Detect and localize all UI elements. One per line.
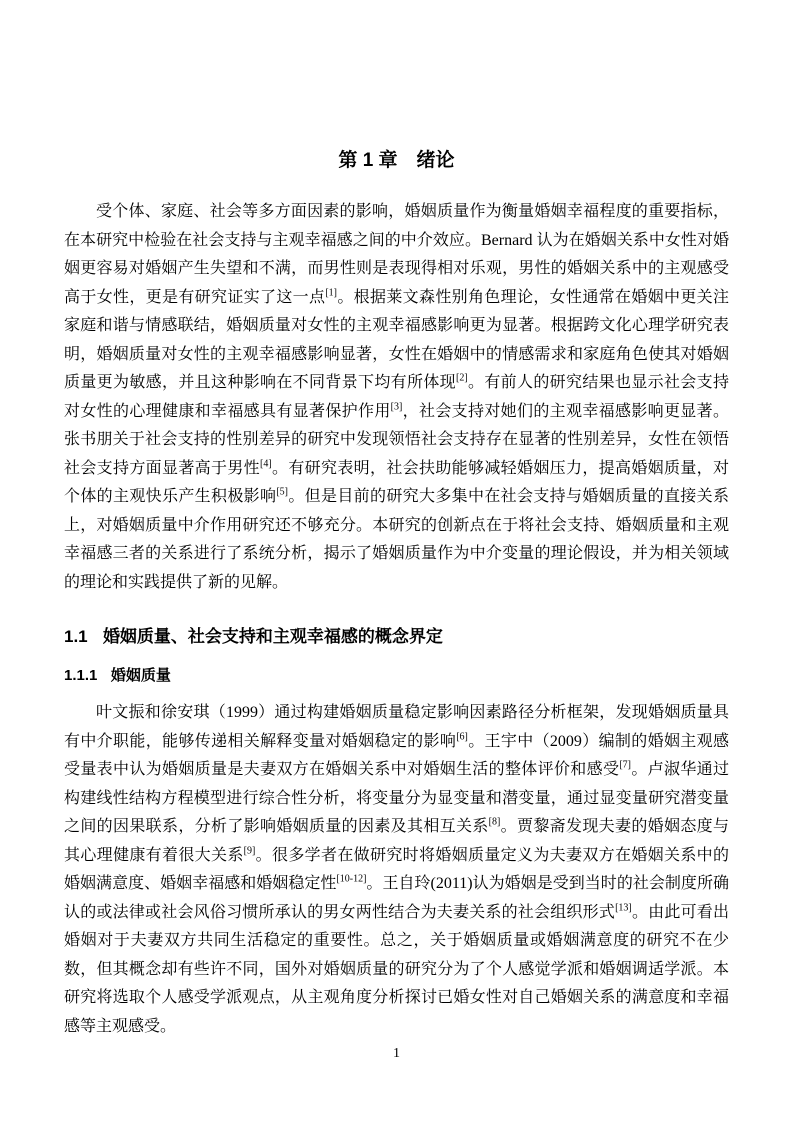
citation-marker: [9] xyxy=(244,845,256,856)
subsection-title-text: 婚姻质量 xyxy=(111,667,171,684)
citation-marker: [13] xyxy=(615,902,632,913)
paragraph-marriage-quality: 叶文振和徐安琪（1999）通过构建婚姻质量稳定影响因素路径分析框架，发现婚姻质量… xyxy=(64,699,729,1041)
section-title-text: 婚姻质量、社会支持和主观幸福感的概念界定 xyxy=(103,627,443,646)
citation-marker: [5] xyxy=(276,487,288,498)
chapter-number: 第 1 章 xyxy=(338,150,397,171)
paragraph-introduction: 受个体、家庭、社会等多方面因素的影响，婚姻质量作为衡量婚姻幸福程度的重要指标，在… xyxy=(64,198,729,597)
citation-marker: [3] xyxy=(391,401,403,412)
chapter-title-text: 绪论 xyxy=(417,150,455,171)
subsection-heading-1-1-1: 1.1.1婚姻质量 xyxy=(64,665,729,687)
subsection-number: 1.1.1 xyxy=(64,667,97,684)
citation-marker: [4] xyxy=(260,458,272,469)
document-page: 第 1 章绪论 受个体、家庭、社会等多方面因素的影响，婚姻质量作为衡量婚姻幸福程… xyxy=(0,0,793,1122)
citation-marker: [7] xyxy=(619,760,631,771)
citation-marker: [10-12] xyxy=(336,874,366,885)
citation-marker: [2] xyxy=(456,373,468,384)
citation-marker: [8] xyxy=(489,817,501,828)
chapter-title: 第 1 章绪论 xyxy=(64,0,729,174)
page-number: 1 xyxy=(0,1046,793,1062)
citation-marker: [6] xyxy=(456,731,468,742)
section-heading-1-1: 1.1婚姻质量、社会支持和主观幸福感的概念界定 xyxy=(64,625,729,649)
citation-marker: [1] xyxy=(325,287,337,298)
section-number: 1.1 xyxy=(64,627,88,646)
